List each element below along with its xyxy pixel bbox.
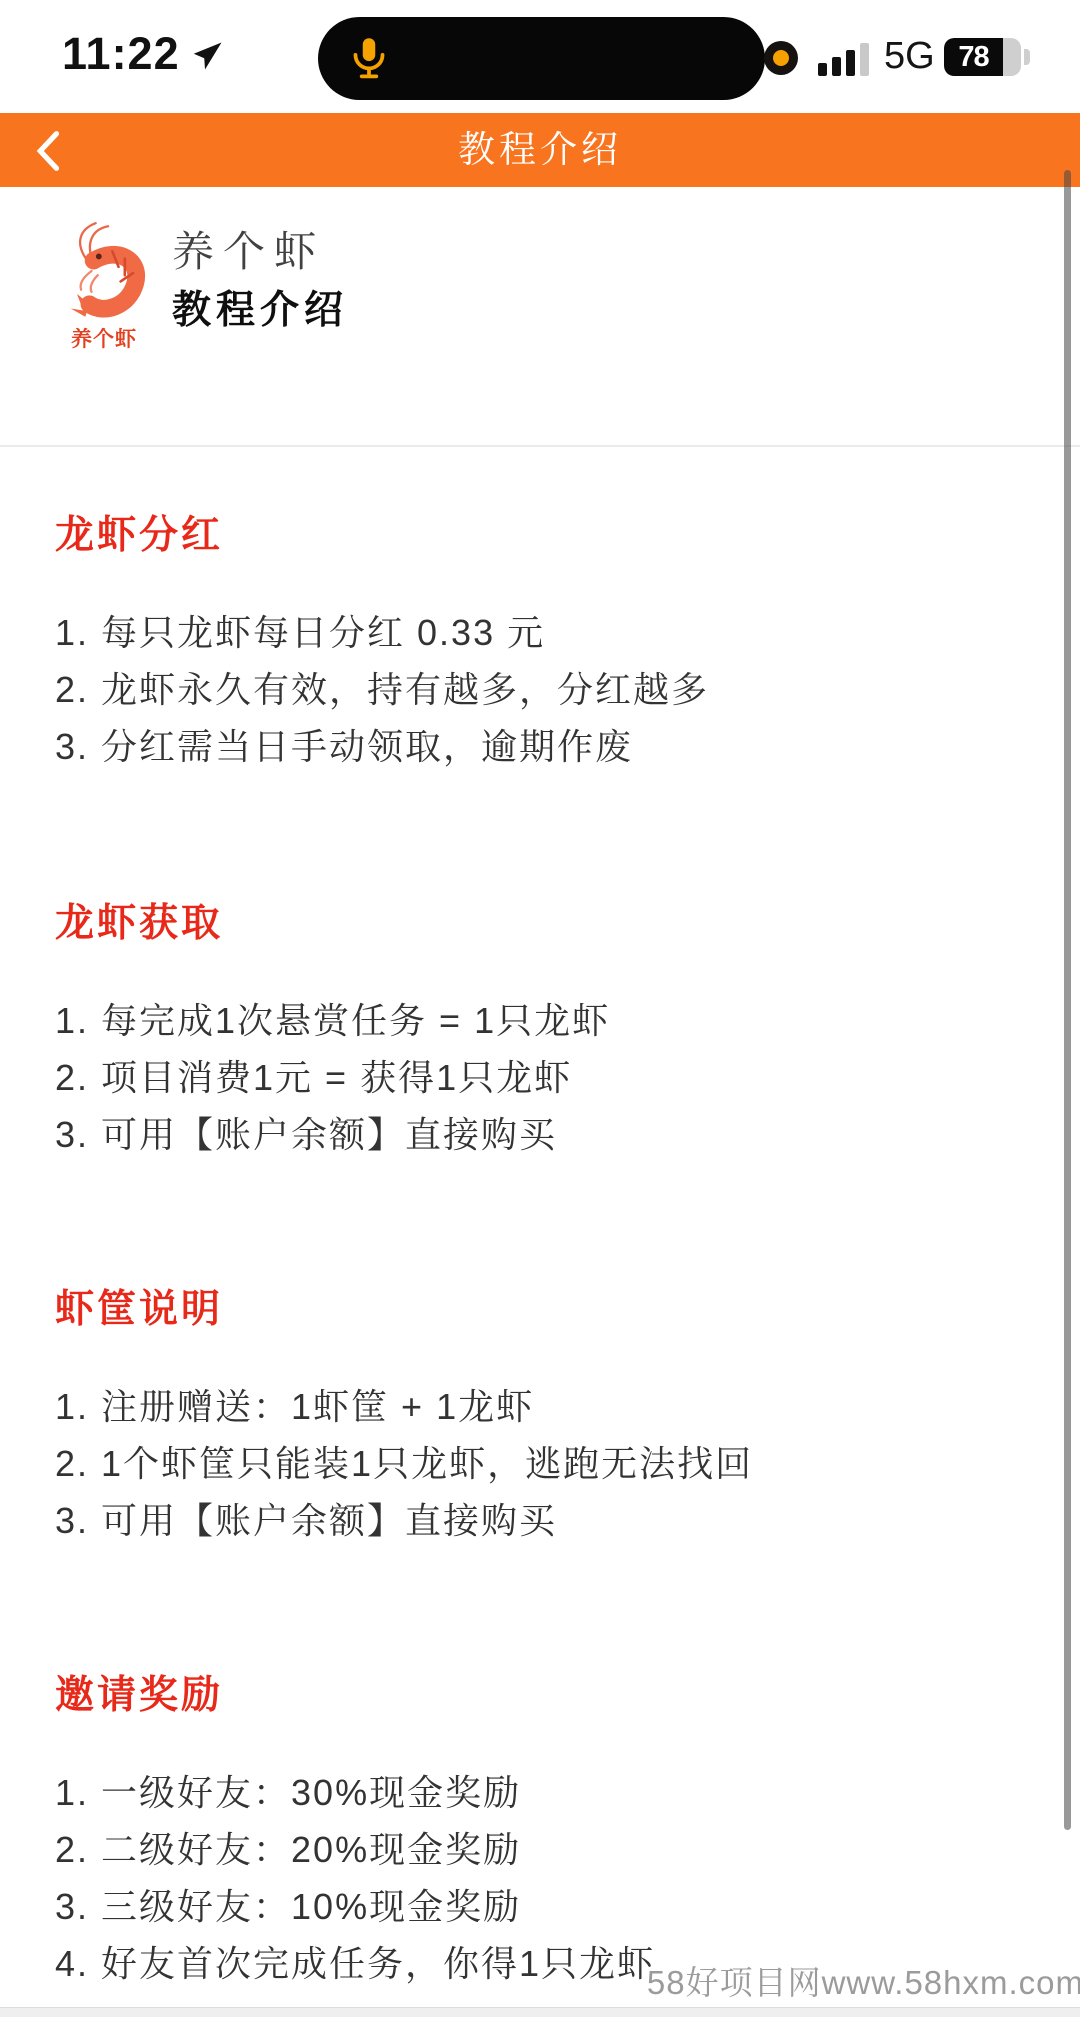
section-heading: 虾筐说明	[55, 1282, 1035, 1338]
battery-icon: 78	[944, 38, 1021, 76]
list-item: 3. 可用【账户余额】直接购买	[55, 1492, 1035, 1549]
list-item: 2. 项目消费1元 = 获得1只龙虾	[55, 1049, 1035, 1106]
status-time: 11:22	[62, 28, 180, 80]
shrimp-logo-icon	[52, 219, 156, 323]
list-item: 2. 二级好友：20%现金奖励	[55, 1821, 1035, 1878]
list-item: 1. 一级好友：30%现金奖励	[55, 1764, 1035, 1821]
battery-percent: 78	[944, 38, 1003, 76]
section-list: 1. 注册赠送：1虾筐 + 1龙虾 2. 1个虾筐只能装1只龙虾，逃跑无法找回 …	[55, 1378, 1035, 1549]
location-arrow-icon	[190, 38, 226, 74]
list-item: 3. 三级好友：10%现金奖励	[55, 1878, 1035, 1935]
list-item: 1. 每完成1次悬赏任务 = 1只龙虾	[55, 992, 1035, 1049]
nav-header: 教程介绍	[0, 113, 1080, 187]
section-heading: 邀请奖励	[55, 1668, 1035, 1724]
signal-bars-icon	[818, 42, 874, 76]
status-bar: 11:22 5G 78	[0, 0, 1080, 113]
section-heading: 龙虾分红	[55, 508, 1035, 564]
app-info-card: 养个虾 养个虾 教程介绍	[0, 187, 1080, 447]
section-invite-reward: 邀请奖励 1. 一级好友：30%现金奖励 2. 二级好友：20%现金奖励 3. …	[55, 1668, 1035, 1992]
section-lobster-dividend: 龙虾分红 1. 每只龙虾每日分红 0.33 元 2. 龙虾永久有效，持有越多，分…	[55, 508, 1035, 775]
list-item: 1. 每只龙虾每日分红 0.33 元	[55, 604, 1035, 661]
section-basket-info: 虾筐说明 1. 注册赠送：1虾筐 + 1龙虾 2. 1个虾筐只能装1只龙虾，逃跑…	[55, 1282, 1035, 1549]
section-heading: 龙虾获取	[55, 896, 1035, 952]
network-type-label: 5G	[884, 35, 935, 78]
list-item: 2. 1个虾筐只能装1只龙虾，逃跑无法找回	[55, 1435, 1035, 1492]
app-subtitle: 教程介绍	[172, 279, 348, 335]
battery-cap	[1024, 49, 1030, 65]
watermark-text: 58好项目网www.58hxm.com	[647, 1957, 1080, 2004]
page-title: 教程介绍	[0, 113, 1080, 187]
mic-in-use-indicator-icon	[764, 41, 798, 75]
scrollbar[interactable]	[1064, 170, 1071, 1830]
bottom-strip	[0, 2007, 1080, 2017]
app-name: 养个虾	[172, 219, 325, 279]
list-item: 2. 龙虾永久有效，持有越多，分红越多	[55, 661, 1035, 718]
logo-caption: 养个虾	[40, 323, 168, 353]
section-lobster-obtain: 龙虾获取 1. 每完成1次悬赏任务 = 1只龙虾 2. 项目消费1元 = 获得1…	[55, 896, 1035, 1163]
microphone-icon	[344, 33, 394, 83]
section-list: 1. 每只龙虾每日分红 0.33 元 2. 龙虾永久有效，持有越多，分红越多 3…	[55, 604, 1035, 775]
list-item: 3. 分红需当日手动领取，逾期作废	[55, 718, 1035, 775]
list-item: 3. 可用【账户余额】直接购买	[55, 1106, 1035, 1163]
dynamic-island	[318, 17, 765, 100]
list-item: 1. 注册赠送：1虾筐 + 1龙虾	[55, 1378, 1035, 1435]
section-list: 1. 每完成1次悬赏任务 = 1只龙虾 2. 项目消费1元 = 获得1只龙虾 3…	[55, 992, 1035, 1163]
